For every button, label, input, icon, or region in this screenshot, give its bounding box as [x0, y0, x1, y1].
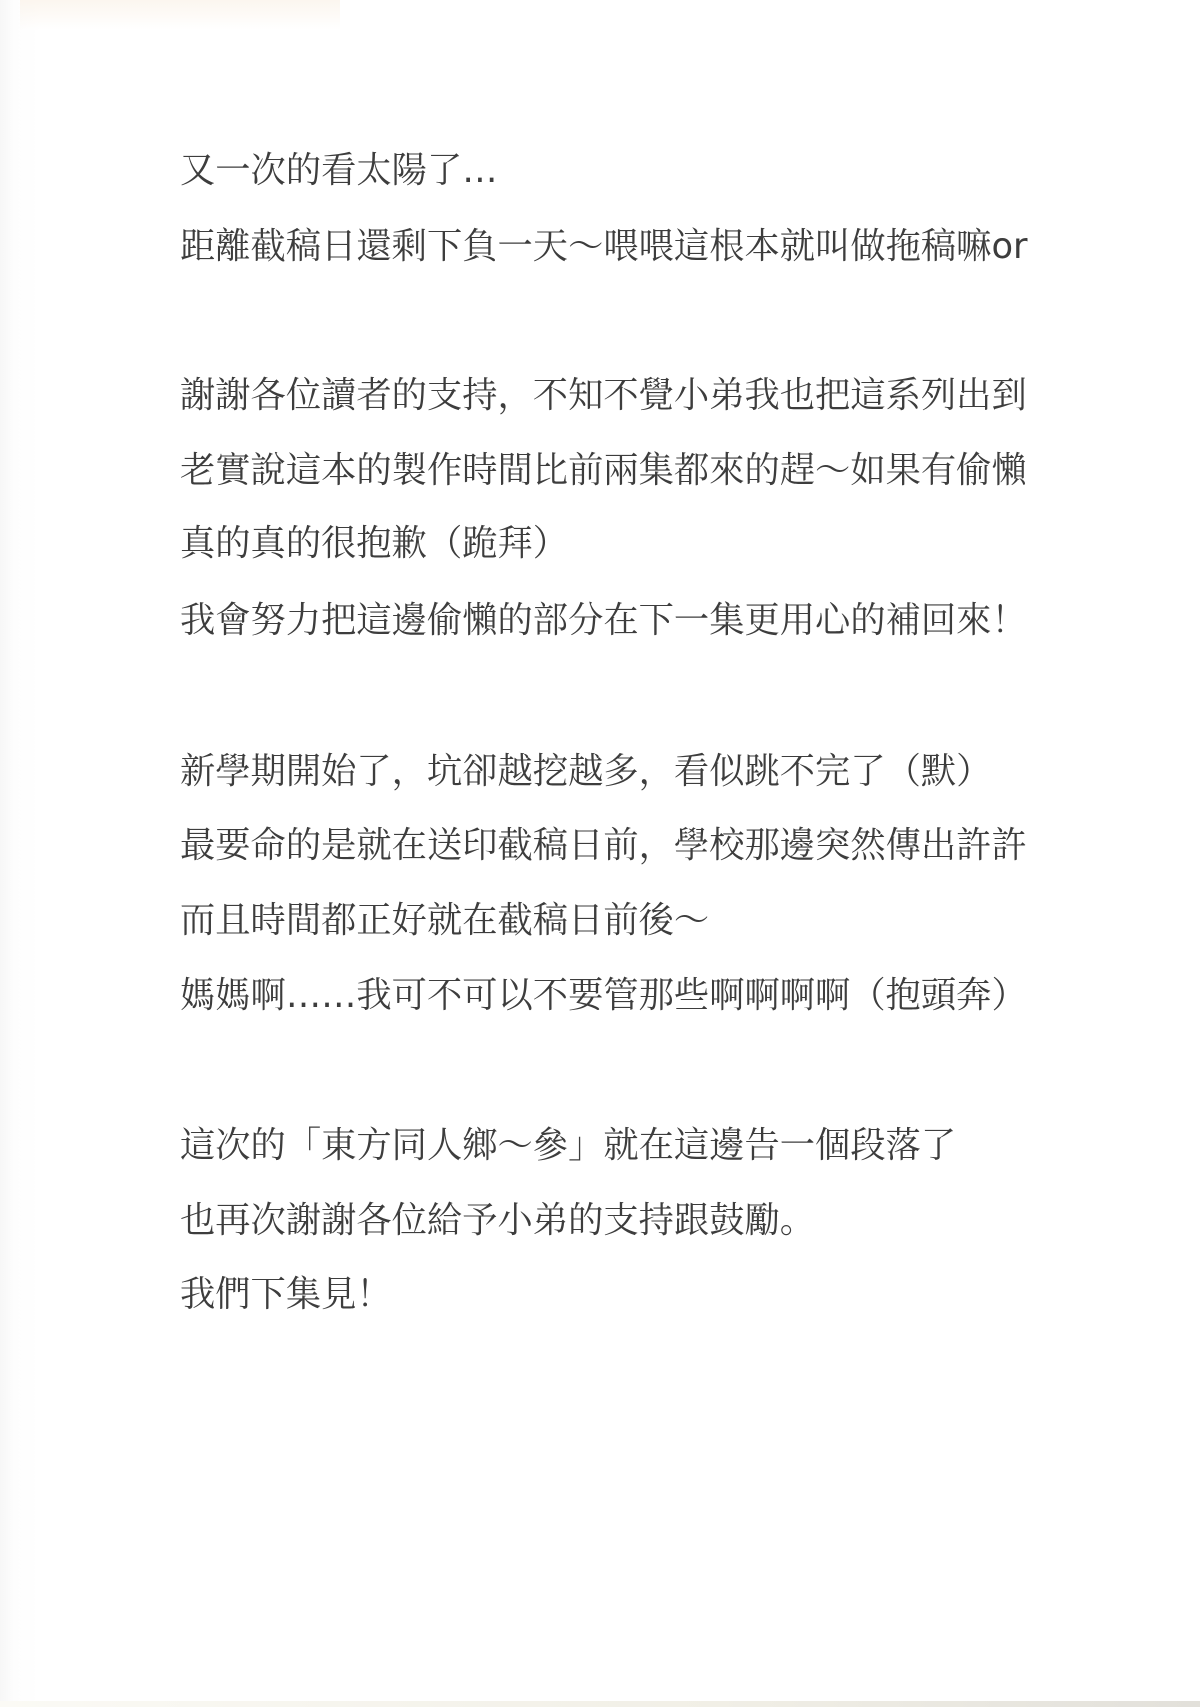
text-line: 新學期開始了，坑卻越挖越多，看似跳不完了（默） — [180, 750, 991, 794]
text-line: 也再次謝謝各位給予小弟的支持跟鼓勵。 — [180, 1199, 815, 1243]
text-line: 而且時間都正好就在截稿日前後～ — [180, 899, 709, 943]
scan-edge-tint — [20, 0, 340, 30]
text-line: 距離截稿日還剩下負一天～喂喂這根本就叫做拖稿嘛or — [180, 225, 1028, 269]
text-line: 我們下集見！ — [180, 1273, 392, 1317]
text-line: 這次的「東方同人鄉～參」就在這邊告一個段落了 — [180, 1124, 956, 1168]
text-line: 謝謝各位讀者的支持，不知不覺小弟我也把這系列出到 — [180, 374, 1027, 418]
text-line: 最要命的是就在送印截稿日前，學校那邊突然傳出許許 — [180, 824, 1027, 868]
text-line: 又一次的看太陽了… — [180, 149, 498, 193]
text-line: 老實說這本的製作時間比前兩集都來的趕～如果有偷懶 — [180, 449, 1027, 493]
text-line: 我會努力把這邊偷懶的部分在下一集更用心的補回來！ — [180, 599, 1027, 643]
text-line: 媽媽啊……我可不可以不要管那些啊啊啊啊（抱頭奔） — [180, 974, 1027, 1018]
text-line: 真的真的很抱歉（跪拜） — [180, 522, 568, 566]
scan-edge-tint — [0, 1701, 1200, 1707]
scanned-page: 又一次的看太陽了… 距離截稿日還剩下負一天～喂喂這根本就叫做拖稿嘛or 謝謝各位… — [0, 0, 1200, 1707]
